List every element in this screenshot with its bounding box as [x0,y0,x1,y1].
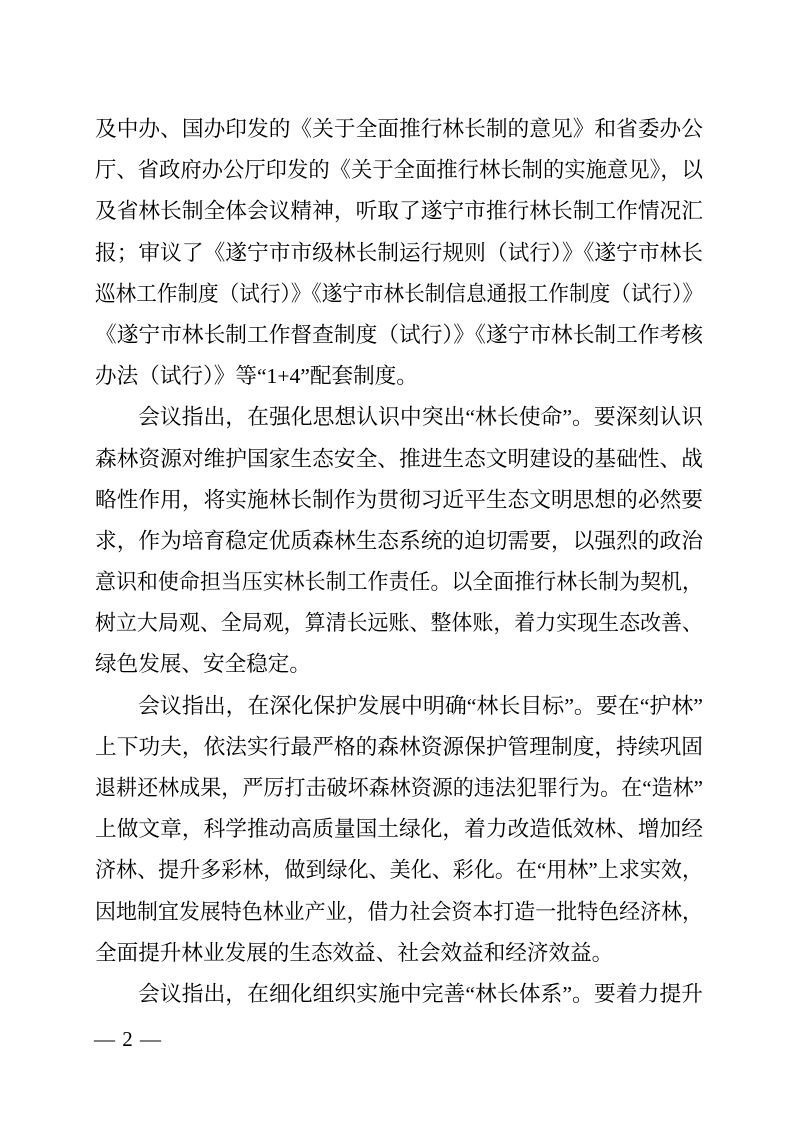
document-text: 及中办、国办印发的《关于全面推行林长制的意见》和省委办公厅、省政府办公厅印发的《… [95,109,703,1015]
text-line: 树立大局观、全局观，算清长远账、整体账，着力实现生态改善、 [95,603,703,644]
text-line-content: 森林资源对维护国家生态安全、推进生态文明建设的基础性、战 [95,439,703,480]
text-line: 森林资源对维护国家生态安全、推进生态文明建设的基础性、战 [95,439,703,480]
text-line: 上下功夫，依法实行最严格的森林资源保护管理制度，持续巩固 [95,727,703,768]
text-line: 略性作用，将实施林长制作为贯彻习近平生态文明思想的必然要 [95,480,703,521]
text-line-content: 上做文章，科学推动高质量国土绿化，着力改造低效林、增加经 [95,809,703,850]
text-line: 办法（试行）》等“1+4”配套制度。 [95,356,703,397]
text-line: 会议指出，在强化思想认识中突出“林长使命”。要深刻认识 [95,397,703,438]
text-line-content: 求，作为培育稳定优质森林生态系统的迫切需要，以强烈的政治 [95,521,703,562]
text-line-content: 及中办、国办印发的《关于全面推行林长制的意见》和省委办公 [95,109,703,150]
text-line: 厅、省政府办公厅印发的《关于全面推行林长制的实施意见》，以 [95,150,703,191]
document-page: 及中办、国办印发的《关于全面推行林长制的意见》和省委办公厅、省政府办公厅印发的《… [0,0,793,1122]
text-line: 退耕还林成果，严厉打击破坏森林资源的违法犯罪行为。在“造林” [95,768,703,809]
text-line: 《遂宁市林长制工作督查制度（试行）》《遂宁市林长制工作考核 [95,315,703,356]
text-line: 绿色发展、安全稳定。 [95,644,703,685]
text-line-content: 上下功夫，依法实行最严格的森林资源保护管理制度，持续巩固 [95,727,703,768]
text-line-content: 会议指出，在细化组织实施中完善“林长体系”。要着力提升 [138,974,703,1015]
text-line-content: 全面提升林业发展的生态效益、社会效益和经济效益。 [95,933,613,974]
text-line-content: 意识和使命担当压实林长制工作责任。以全面推行林长制为契机， [95,562,703,603]
text-line: 上做文章，科学推动高质量国土绿化，着力改造低效林、增加经 [95,809,703,850]
text-line-content: 树立大局观、全局观，算清长远账、整体账，着力实现生态改善、 [95,603,703,644]
text-line-content: 会议指出，在强化思想认识中突出“林长使命”。要深刻认识 [138,397,703,438]
page-number: — 2 — [94,1024,162,1054]
text-line: 全面提升林业发展的生态效益、社会效益和经济效益。 [95,933,703,974]
text-line-content: 《遂宁市林长制工作督查制度（试行）》《遂宁市林长制工作考核 [95,315,703,356]
text-line-content: 巡林工作制度（试行）》《遂宁市林长制信息通报工作制度（试行）》 [95,274,703,315]
text-line: 会议指出，在细化组织实施中完善“林长体系”。要着力提升 [95,974,703,1015]
text-line-content: 办法（试行）》等“1+4”配套制度。 [95,356,418,397]
text-line-content: 报；审议了《遂宁市市级林长制运行规则（试行）》《遂宁市林长 [95,233,703,274]
text-line: 报；审议了《遂宁市市级林长制运行规则（试行）》《遂宁市林长 [95,233,703,274]
text-line-content: 略性作用，将实施林长制作为贯彻习近平生态文明思想的必然要 [95,480,703,521]
text-line: 济林、提升多彩林，做到绿化、美化、彩化。在“用林”上求实效， [95,850,703,891]
text-line: 意识和使命担当压实林长制工作责任。以全面推行林长制为契机， [95,562,703,603]
text-line-content: 济林、提升多彩林，做到绿化、美化、彩化。在“用林”上求实效， [95,850,703,891]
text-line: 及省林长制全体会议精神，听取了遂宁市推行林长制工作情况汇 [95,191,703,232]
text-line: 求，作为培育稳定优质森林生态系统的迫切需要，以强烈的政治 [95,521,703,562]
text-line-content: 绿色发展、安全稳定。 [95,644,311,685]
text-line-content: 因地制宜发展特色林业产业，借力社会资本打造一批特色经济林， [95,892,703,933]
text-line: 会议指出，在深化保护发展中明确“林长目标”。要在“护林” [95,686,703,727]
text-line-content: 退耕还林成果，严厉打击破坏森林资源的违法犯罪行为。在“造林” [95,768,703,809]
text-line-content: 会议指出，在深化保护发展中明确“林长目标”。要在“护林” [138,686,703,727]
text-line-content: 及省林长制全体会议精神，听取了遂宁市推行林长制工作情况汇 [95,191,703,232]
text-line: 及中办、国办印发的《关于全面推行林长制的意见》和省委办公 [95,109,703,150]
text-line: 巡林工作制度（试行）》《遂宁市林长制信息通报工作制度（试行）》 [95,274,703,315]
text-line: 因地制宜发展特色林业产业，借力社会资本打造一批特色经济林， [95,892,703,933]
text-line-content: 厅、省政府办公厅印发的《关于全面推行林长制的实施意见》，以 [95,150,703,191]
